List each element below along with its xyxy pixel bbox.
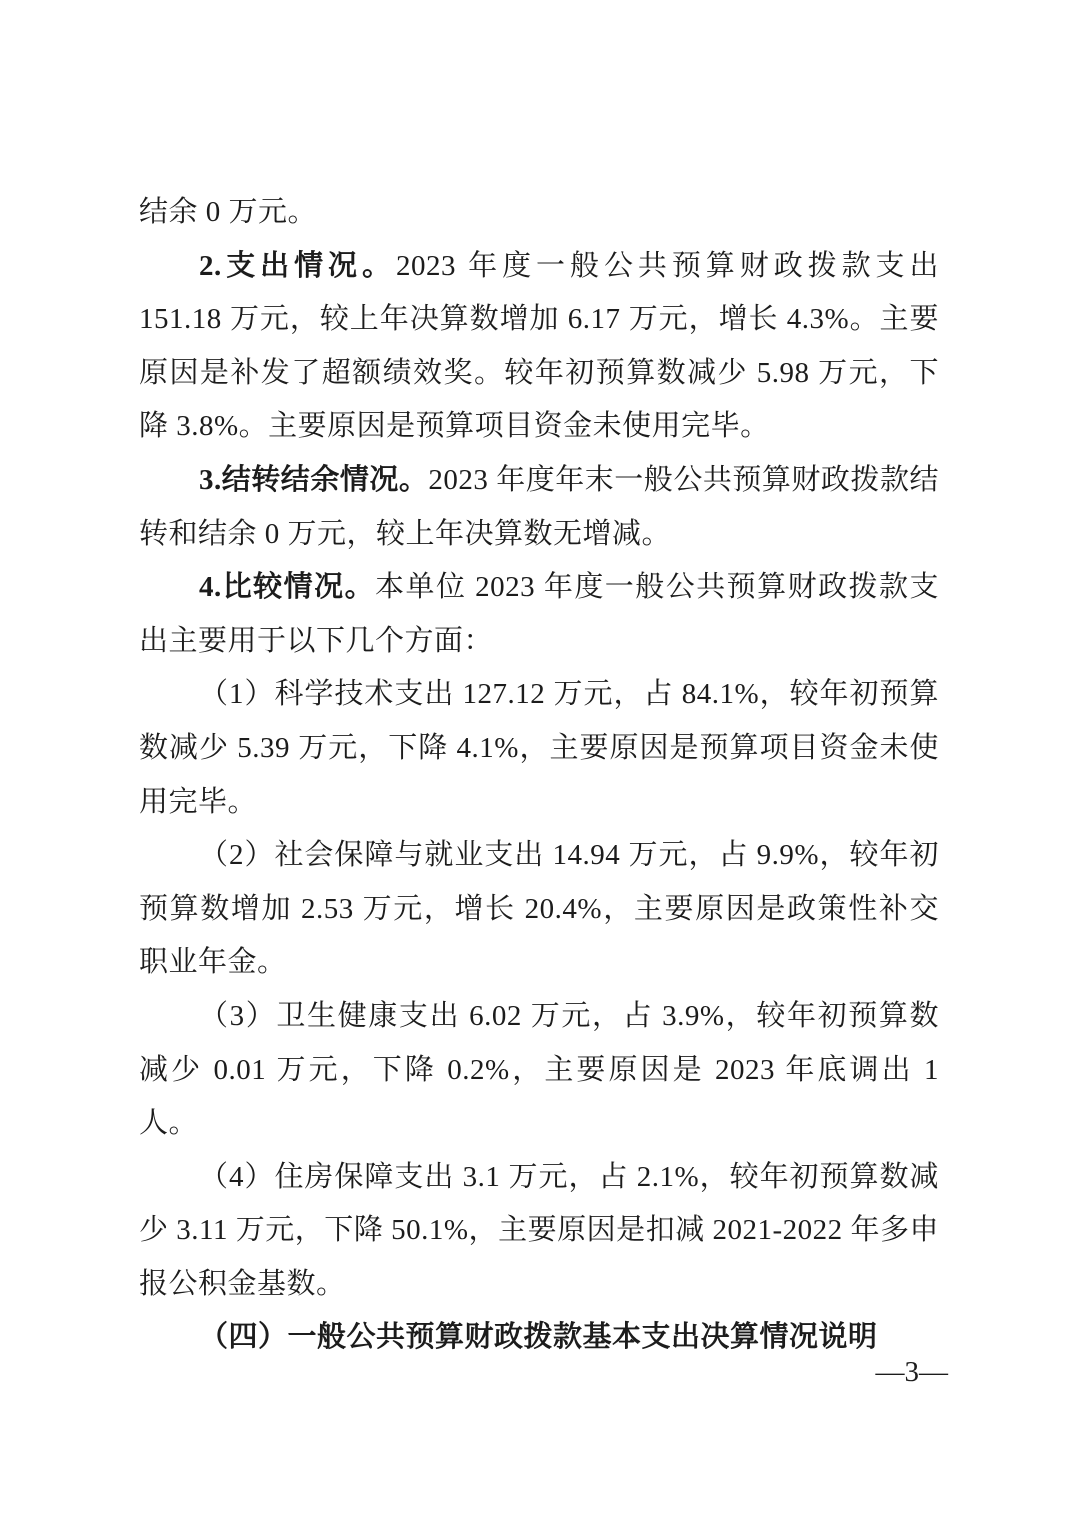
paragraph-carryforward-label: 3.结转结余情况。: [199, 464, 428, 496]
paragraph-expenditure: 2.支出情况。2023 年度一般公共预算财政拨款支出 151.18 万元，较上年…: [139, 240, 939, 454]
paragraph-comparison-label: 4.比较情况。: [199, 571, 375, 603]
paragraph-carryforward: 3.结转结余情况。2023 年度年末一般公共预算财政拨款结转和结余 0 万元，较…: [139, 454, 939, 561]
document-page: 结余 0 万元。 2.支出情况。2023 年度一般公共预算财政拨款支出 151.…: [0, 0, 1075, 1520]
paragraph-comparison: 4.比较情况。本单位 2023 年度一般公共预算财政拨款支出主要用于以下几个方面…: [139, 561, 939, 668]
list-item-social-security-expenditure: （2）社会保障与就业支出 14.94 万元，占 9.9%，较年初预算数增加 2.…: [139, 829, 939, 990]
document-body: 结余 0 万元。 2.支出情况。2023 年度一般公共预算财政拨款支出 151.…: [139, 186, 939, 1365]
section-heading-basic-expenditure: （四）一般公共预算财政拨款基本支出决算情况说明: [139, 1311, 939, 1365]
list-item-housing-expenditure: （4）住房保障支出 3.1 万元，占 2.1%，较年初预算数减少 3.11 万元…: [139, 1151, 939, 1312]
list-item-science-expenditure: （1）科学技术支出 127.12 万元，占 84.1%，较年初预算数减少 5.3…: [139, 668, 939, 829]
paragraph-carryover: 结余 0 万元。: [139, 186, 939, 240]
page-number: —3—: [876, 1352, 949, 1392]
paragraph-expenditure-label: 2.支出情况。: [199, 250, 396, 282]
list-item-health-expenditure: （3）卫生健康支出 6.02 万元，占 3.9%，较年初预算数减少 0.01 万…: [139, 990, 939, 1151]
